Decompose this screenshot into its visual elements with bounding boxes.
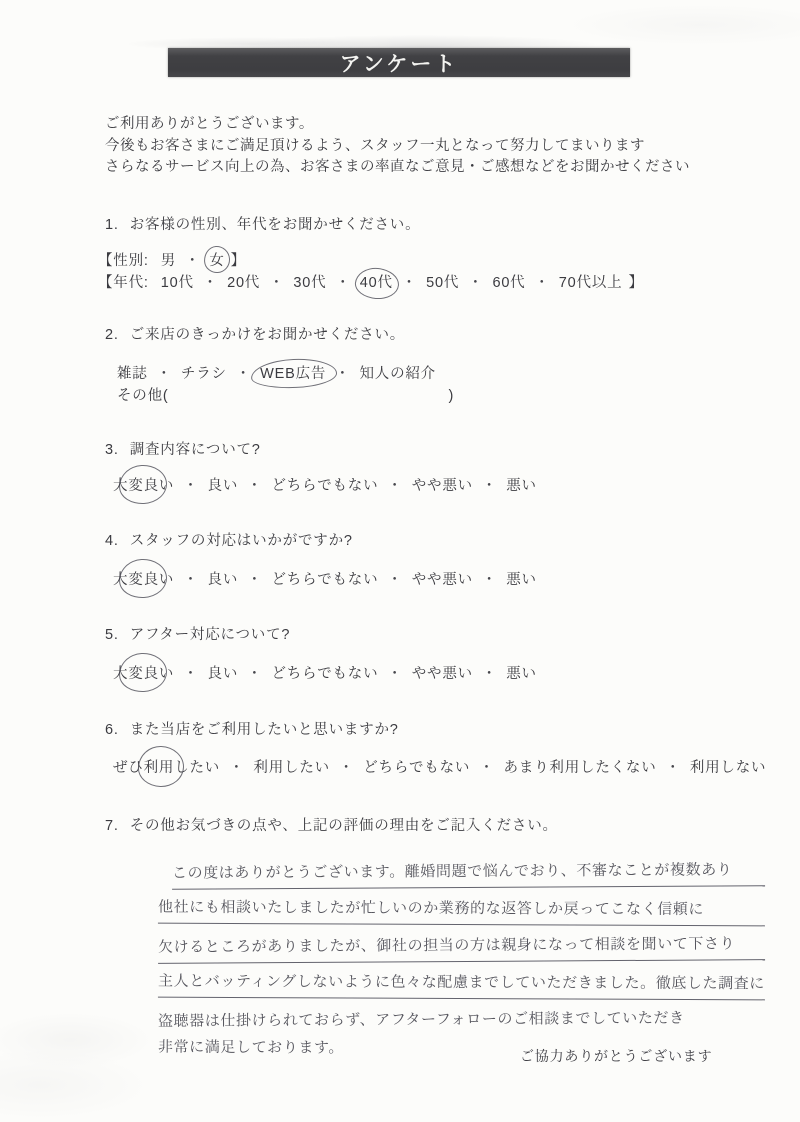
question-number: 3. xyxy=(105,440,119,461)
option-selected: ぜひ利用したい xyxy=(113,757,220,779)
question-title: 7. その他お気づきの点や、上記の評価の理由をご記入ください。 xyxy=(105,816,558,837)
option: どちらでもない xyxy=(271,569,378,591)
option-separator: ・ xyxy=(482,666,497,682)
option-separator: ・ xyxy=(335,275,350,291)
option: 10代 xyxy=(161,272,194,294)
handwritten-circle xyxy=(118,464,168,505)
question-3: 3. 調査内容について? 大変良い・良い・どちらでもない・やや悪い・悪い xyxy=(105,440,537,497)
intro-line: ご利用ありがとうございます。 xyxy=(105,114,690,136)
option-separator: ・ xyxy=(534,275,549,291)
option-selected: 大変良い xyxy=(113,569,174,591)
option-separator: ・ xyxy=(203,275,218,291)
option-selected: 大変良い xyxy=(113,475,174,497)
question-2: 2. ご来店のきっかけをお聞かせください。 雑誌・チラシ・WEB広告・知人の紹介… xyxy=(105,325,454,407)
question-options: 【性別:男・女】【年代:10代・20代・30代・40代・50代・60代・70代以… xyxy=(98,250,644,294)
row-prefix-label: 【年代: xyxy=(98,275,149,291)
option: 60代 xyxy=(492,272,525,294)
question-text: また当店をご利用したいと思いますか? xyxy=(130,720,399,741)
question-text: スタッフの対応はいかがですか? xyxy=(130,531,353,552)
handwritten-circle xyxy=(137,745,184,788)
option-separator: ・ xyxy=(247,572,262,588)
option-separator: ・ xyxy=(157,366,172,382)
row-suffix-label: ) xyxy=(449,388,455,404)
form-title-bar: アンケート xyxy=(168,48,630,77)
option: 50代 xyxy=(426,272,459,294)
question-title: 5. アフター対応について? xyxy=(105,625,537,646)
option: やや悪い xyxy=(412,569,473,591)
option-separator: ・ xyxy=(468,275,483,291)
option-separator: ・ xyxy=(236,366,251,382)
option-selected: 40代 xyxy=(360,272,393,294)
option: 30代 xyxy=(293,272,326,294)
option-separator: ・ xyxy=(666,760,681,776)
question-5: 5. アフター対応について? 大変良い・良い・どちらでもない・やや悪い・悪い xyxy=(105,625,537,685)
question-number: 1. xyxy=(105,215,119,236)
form-title: アンケート xyxy=(340,48,459,78)
handwritten-comment: この度はありがとうございます。離婚問題で悩んでおり、不審なことが複数あり他社にも… xyxy=(158,862,765,1068)
option: 悪い xyxy=(506,663,537,685)
option: チラシ xyxy=(181,363,227,385)
option-separator: ・ xyxy=(335,366,350,382)
row-prefix-label: その他( xyxy=(117,388,169,404)
handwritten-circle xyxy=(251,357,338,390)
question-title: 2. ご来店のきっかけをお聞かせください。 xyxy=(105,325,454,346)
option-separator: ・ xyxy=(482,572,497,588)
handwritten-circle xyxy=(118,558,168,599)
option: 悪い xyxy=(506,475,537,497)
question-4: 4. スタッフの対応はいかがですか? 大変良い・良い・どちらでもない・やや悪い・… xyxy=(105,531,537,591)
question-number: 5. xyxy=(105,625,119,646)
option-row: ぜひ利用したい・利用したい・どちらでもない・あまり利用したくない・利用しない xyxy=(113,757,766,779)
option-separator: ・ xyxy=(183,478,198,494)
option: やや悪い xyxy=(412,663,473,685)
closing-text: ご協力ありがとうございます xyxy=(520,1046,712,1066)
option-row: 大変良い・良い・どちらでもない・やや悪い・悪い xyxy=(113,663,537,685)
option-selected: WEB広告 xyxy=(260,363,326,385)
option: 良い xyxy=(208,475,239,497)
option-separator: ・ xyxy=(247,666,262,682)
option: 良い xyxy=(208,569,239,591)
question-number: 7. xyxy=(105,816,119,837)
row-suffix-label: 】 xyxy=(628,275,643,291)
row-prefix-label: 【性別: xyxy=(98,253,149,269)
question-number: 2. xyxy=(105,325,119,346)
option-row: 大変良い・良い・どちらでもない・やや悪い・悪い xyxy=(113,569,537,591)
question-options: 大変良い・良い・どちらでもない・やや悪い・悪い xyxy=(113,569,537,591)
option: どちらでもない xyxy=(363,757,470,779)
question-number: 4. xyxy=(105,531,119,552)
option-row: 雑誌・チラシ・WEB広告・知人の紹介 xyxy=(117,363,454,385)
option-separator: ・ xyxy=(339,760,354,776)
option-separator: ・ xyxy=(387,666,402,682)
option-separator: ・ xyxy=(479,760,494,776)
option: 雑誌 xyxy=(117,363,148,385)
handwriting-line: この度はありがとうございます。離婚問題で悩んでおり、不審なことが複数あり xyxy=(172,860,765,890)
question-1: 1. お客様の性別、年代をお聞かせください。 【性別:男・女】【年代:10代・2… xyxy=(105,215,644,294)
question-text: お客様の性別、年代をお聞かせください。 xyxy=(130,215,421,236)
option: 男 xyxy=(161,250,176,272)
option-row: 大変良い・良い・どちらでもない・やや悪い・悪い xyxy=(113,475,537,497)
option-separator: ・ xyxy=(482,478,497,494)
option-separator: ・ xyxy=(183,666,198,682)
handwriting-line: 欠けるところがありましたが、御社の担当の方は親身になって相談を聞いて下さり xyxy=(158,934,765,964)
option: あまり利用したくない xyxy=(504,757,657,779)
handwriting-line: 盗聴器は仕掛けられておらず、アフターフォローのご相談までしていただき xyxy=(158,1008,765,1032)
option-separator: ・ xyxy=(229,760,244,776)
option: 悪い xyxy=(506,569,537,591)
option: 20代 xyxy=(227,272,260,294)
question-6: 6. また当店をご利用したいと思いますか? ぜひ利用したい・利用したい・どちらで… xyxy=(105,720,766,779)
question-title: 3. 調査内容について? xyxy=(105,440,537,461)
question-options: 大変良い・良い・どちらでもない・やや悪い・悪い xyxy=(113,663,537,685)
option-selected: 女 xyxy=(209,250,224,272)
row-suffix-label: 】 xyxy=(231,253,246,269)
question-title: 6. また当店をご利用したいと思いますか? xyxy=(105,720,766,741)
option-row: 【性別:男・女】 xyxy=(98,250,644,272)
option: 利用したい xyxy=(253,757,330,779)
handwritten-circle xyxy=(353,266,400,301)
option-separator: ・ xyxy=(402,275,417,291)
question-text: ご来店のきっかけをお聞かせください。 xyxy=(130,325,405,346)
option: 良い xyxy=(208,663,239,685)
handwriting-line: 他社にも相談いたしましたが忙しいのか業務的な返答しか戻ってこなく信頼に xyxy=(158,898,765,927)
option: 利用しない xyxy=(690,757,767,779)
intro-line: 今後もお客さまにご満足頂けるよう、スタッフ一丸となって努力してまいります xyxy=(105,136,690,158)
option: 知人の紹介 xyxy=(359,363,436,385)
question-options: 雑誌・チラシ・WEB広告・知人の紹介その他() xyxy=(117,363,454,407)
option-separator: ・ xyxy=(183,572,198,588)
option: 70代以上 xyxy=(559,272,623,294)
question-text: アフター対応について? xyxy=(130,625,291,646)
intro-line: さらなるサービス向上の為、お客さまの率直なご意見・ご感想などをお聞かせください xyxy=(105,157,690,179)
option-separator: ・ xyxy=(185,253,200,269)
question-text: 調査内容について? xyxy=(130,440,261,461)
option-row: その他() xyxy=(117,385,454,407)
option-separator: ・ xyxy=(387,572,402,588)
option: やや悪い xyxy=(412,475,473,497)
question-title: 4. スタッフの対応はいかがですか? xyxy=(105,531,537,552)
question-options: 大変良い・良い・どちらでもない・やや悪い・悪い xyxy=(113,475,537,497)
handwritten-circle xyxy=(118,652,168,693)
option: どちらでもない xyxy=(271,475,378,497)
question-number: 6. xyxy=(105,720,119,741)
option-selected: 大変良い xyxy=(113,663,174,685)
option-separator: ・ xyxy=(247,478,262,494)
handwriting-line: 主人とバッティングしないように色々な配慮までしていただきました。徹底した調査に xyxy=(158,972,765,1001)
handwritten-circle xyxy=(203,245,231,274)
option: どちらでもない xyxy=(271,663,378,685)
question-7: 7. その他お気づきの点や、上記の評価の理由をご記入ください。 xyxy=(105,816,558,837)
option-separator: ・ xyxy=(387,478,402,494)
option-row: 【年代:10代・20代・30代・40代・50代・60代・70代以上】 xyxy=(98,272,644,294)
option-separator: ・ xyxy=(269,275,284,291)
question-text: その他お気づきの点や、上記の評価の理由をご記入ください。 xyxy=(130,816,558,837)
question-options: ぜひ利用したい・利用したい・どちらでもない・あまり利用したくない・利用しない xyxy=(113,757,766,779)
question-title: 1. お客様の性別、年代をお聞かせください。 xyxy=(105,215,644,236)
intro-text: ご利用ありがとうございます。今後もお客さまにご満足頂けるよう、スタッフ一丸となっ… xyxy=(105,114,690,179)
